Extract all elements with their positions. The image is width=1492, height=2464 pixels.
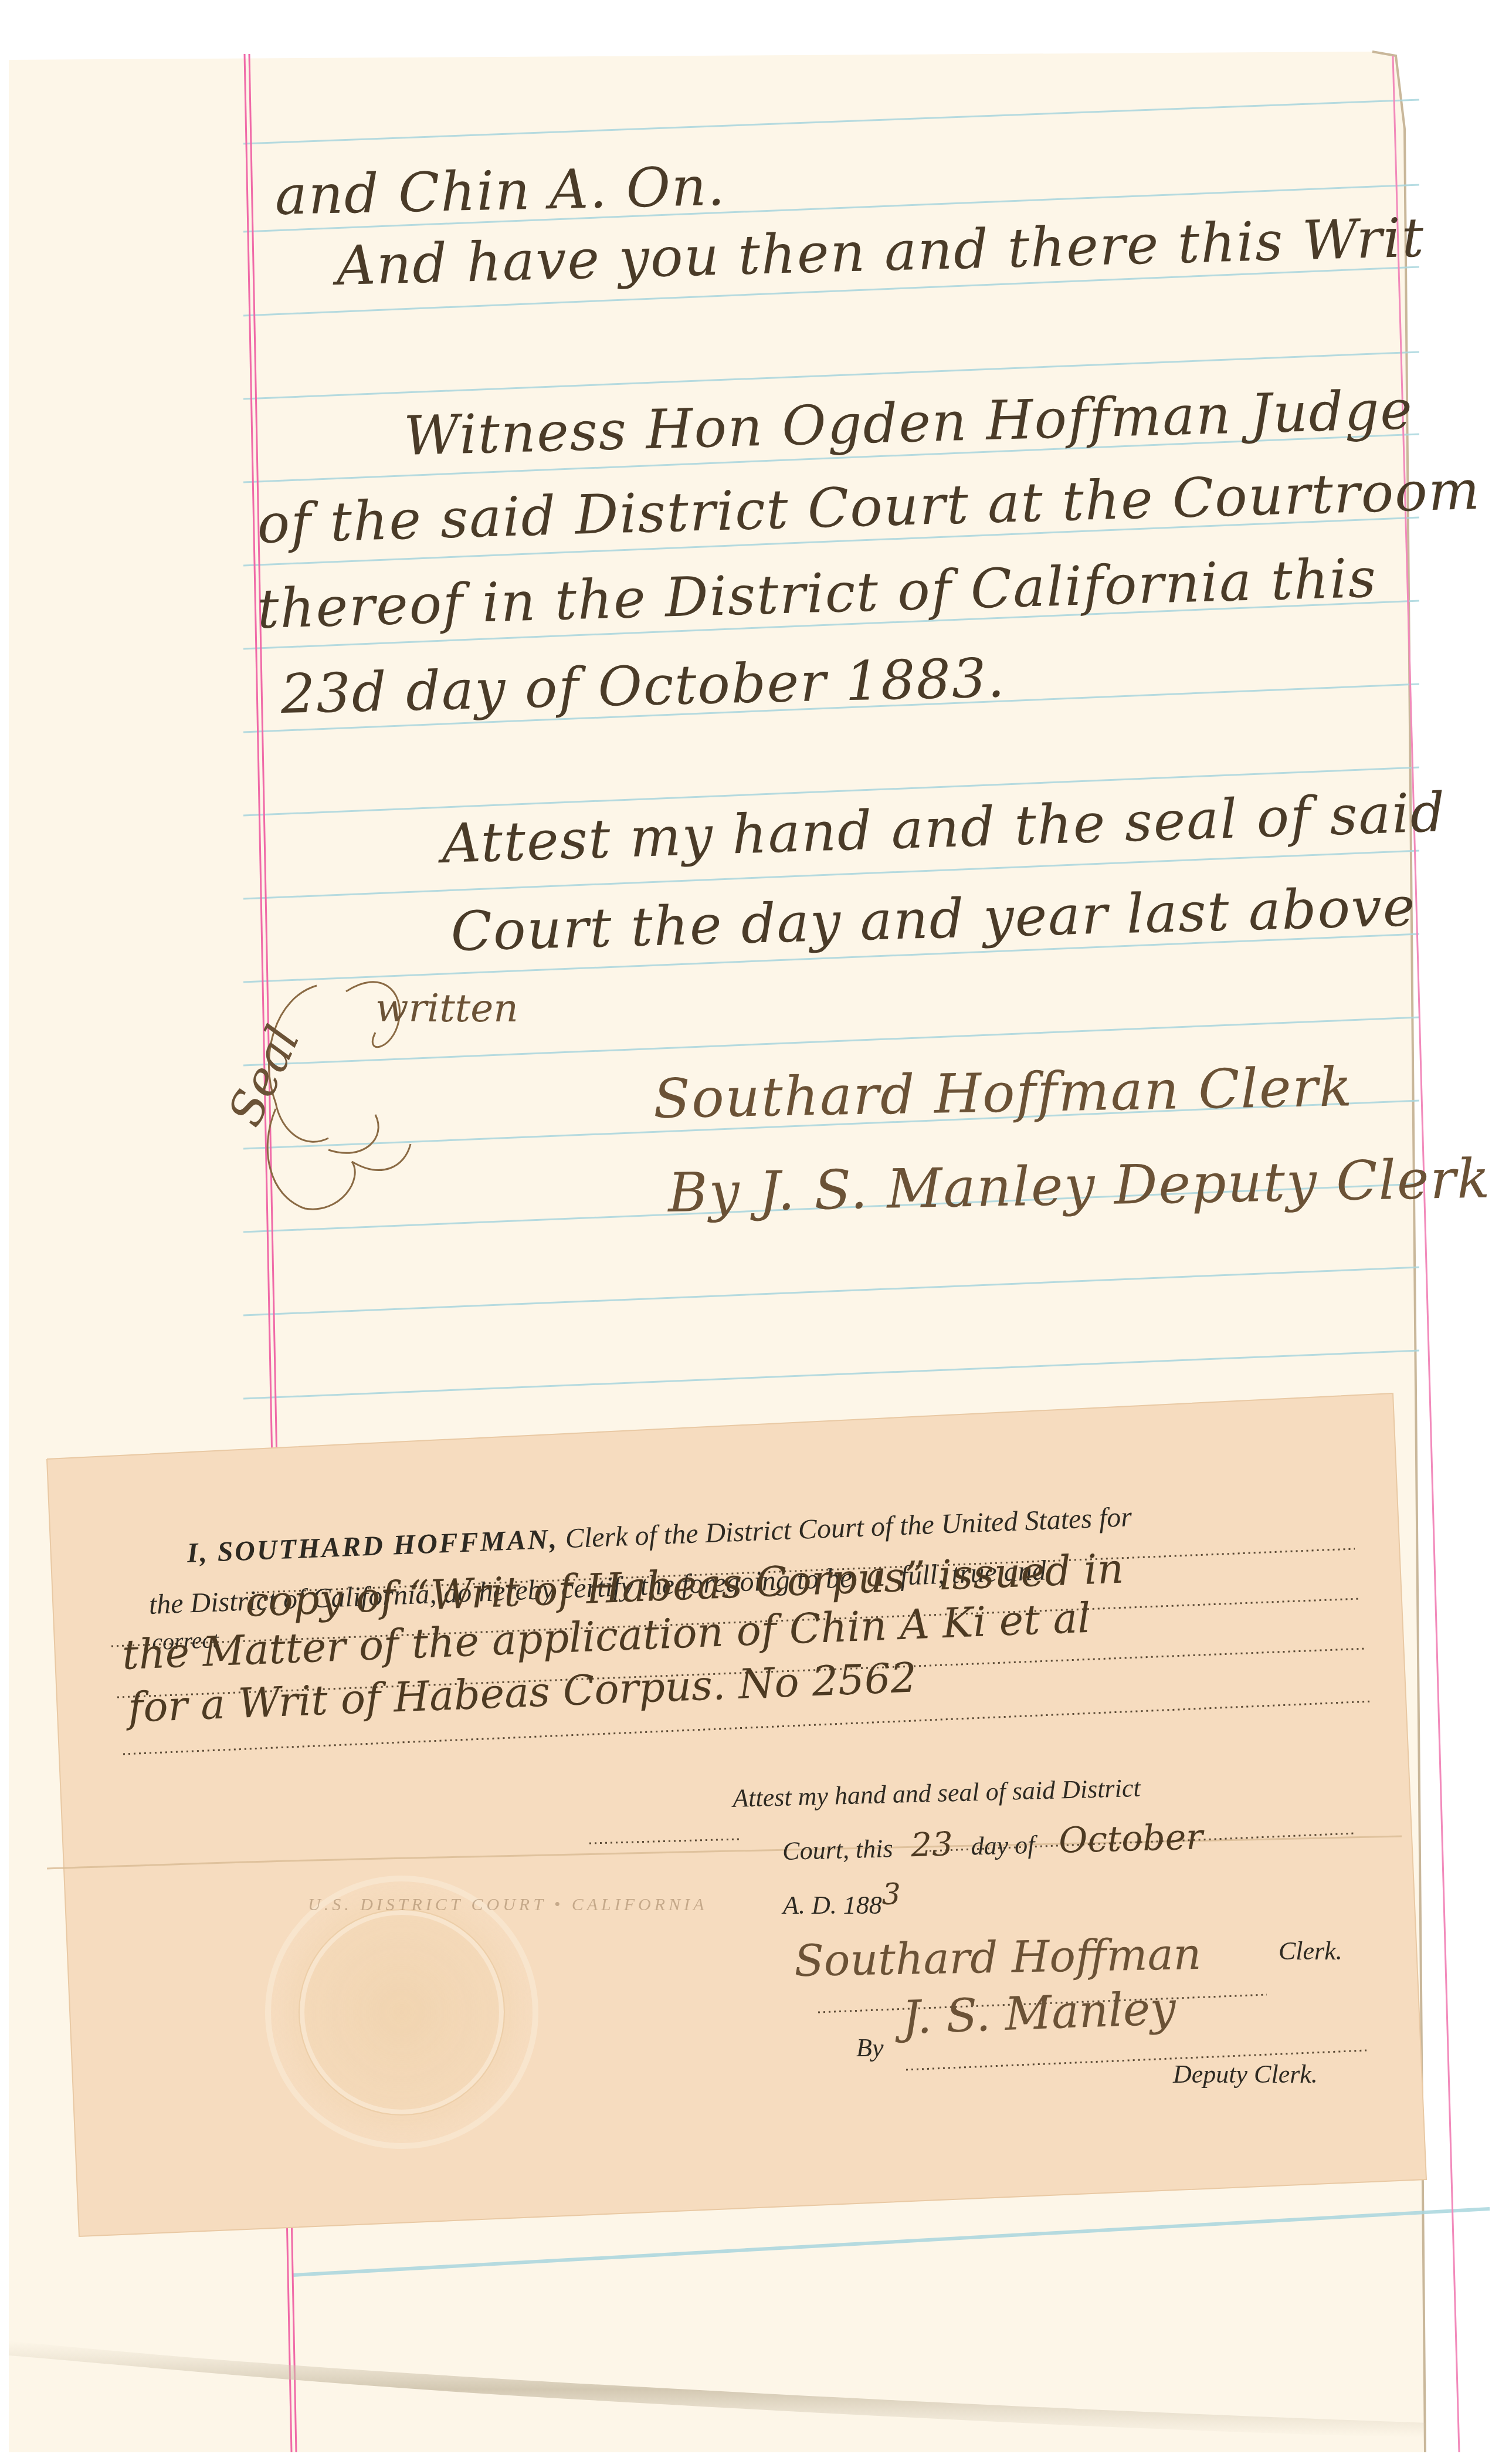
- certificate-clerk-label: Clerk.: [1279, 1936, 1342, 1966]
- embossed-seal-text: U.S. DISTRICT COURT • CALIFORNIA: [308, 1895, 707, 1915]
- certificate-deputy-label: Deputy Clerk.: [1173, 2059, 1318, 2089]
- certificate-day-of: day of: [971, 1830, 1035, 1861]
- embossed-seal: [267, 1877, 537, 2147]
- seal-written-text: written: [375, 986, 518, 1031]
- clerk-signature: Southard Hoffman Clerk: [653, 1055, 1354, 1131]
- certificate-year: A. D. 1883: [783, 1877, 900, 1920]
- ruled-paper-sheet: [0, 0, 1492, 2464]
- certificate-year-printed: A. D. 188: [783, 1891, 882, 1920]
- certificate-clerk-signature: Southard Hoffman: [794, 1929, 1202, 1986]
- certificate-year-digit: 3: [882, 1877, 901, 1911]
- scanned-document: and Chin A. On. And have you then and th…: [0, 0, 1492, 2464]
- certificate-by-label: By: [856, 2033, 883, 2063]
- handwritten-line-1: and Chin A. On.: [274, 155, 727, 227]
- certificate-court-this: Court, this: [782, 1834, 893, 1866]
- certificate-attest-day: 23: [910, 1825, 953, 1864]
- certificate-attest-month: October: [1058, 1816, 1203, 1861]
- certificate-deputy-signature: J. S. Manley: [901, 1982, 1177, 2045]
